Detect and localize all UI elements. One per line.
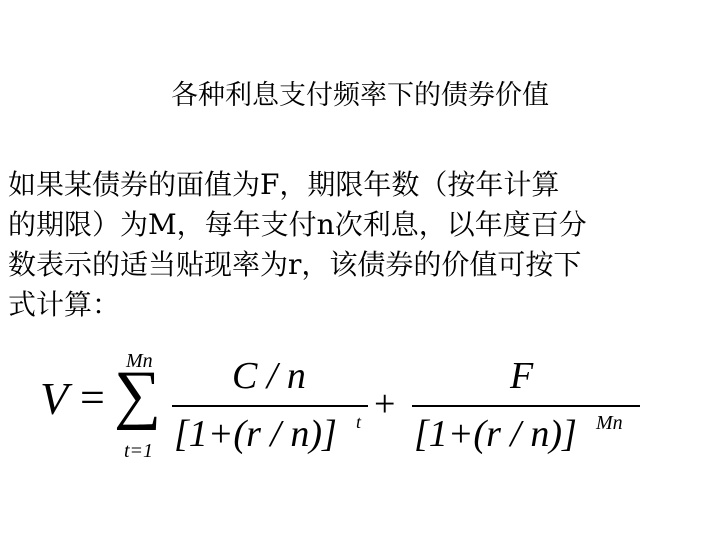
formula-plus: +	[374, 382, 395, 426]
term1-fraction-bar	[172, 405, 368, 407]
term2-exponent: Mn	[596, 412, 623, 435]
term2-denominator: [1+(r / n)]	[414, 412, 577, 456]
bond-value-formula: V = Mn ∑ t=1 C / n [1+(r / n)] t + F [1+…	[0, 0, 720, 540]
term2-fraction-bar	[412, 405, 640, 407]
formula-lhs: V	[40, 372, 68, 425]
formula-equals: =	[80, 372, 105, 423]
summation-icon: ∑	[114, 360, 161, 430]
term1-numerator: C / n	[232, 354, 306, 398]
term1-denominator: [1+(r / n)]	[174, 412, 337, 456]
sum-lower-limit: t=1	[124, 440, 153, 463]
term2-numerator: F	[510, 354, 533, 398]
term1-exponent: t	[356, 412, 361, 433]
